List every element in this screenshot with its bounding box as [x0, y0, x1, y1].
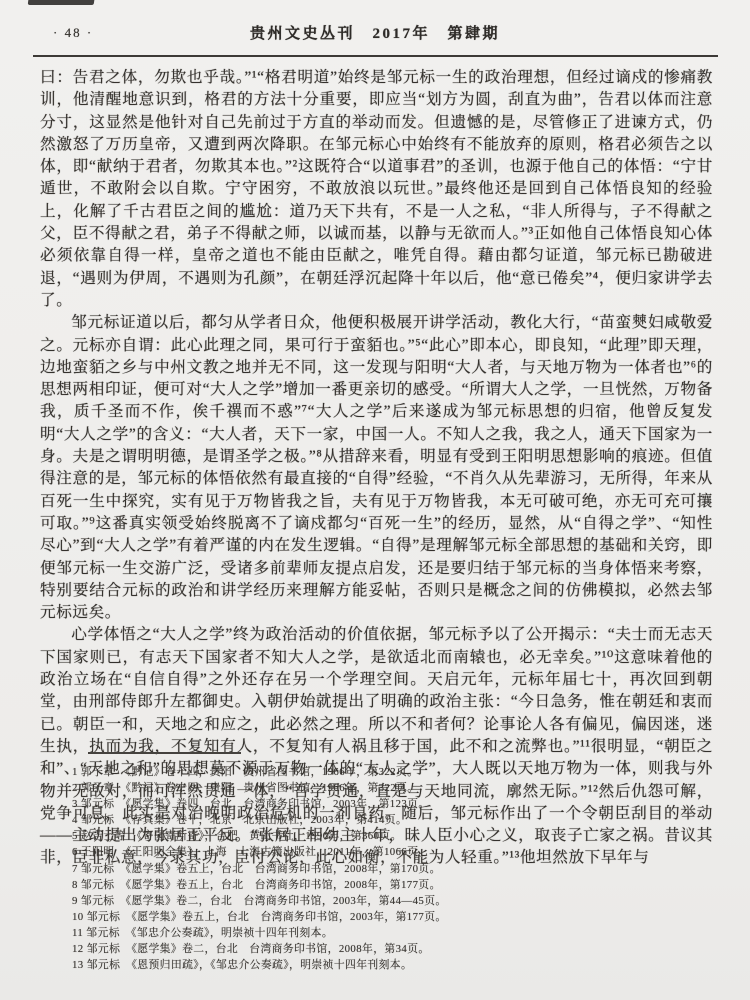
footnote-item: 6 王阳明 《王阳明全集》，上海 上海古籍出版社，2011年，第1066页。 — [72, 844, 710, 860]
footnote-list: 1 郭子章 《黔记》卷十四，贵阳 贵州省图书馆，1966年，第322页。 2 郭… — [72, 764, 710, 973]
footnote-item: 10 邹元标 《愿学集》卷五上，台北 台湾商务印书馆，2003年，第177页。 — [72, 909, 710, 925]
footnote-item: 11 邹元标 《邹忠介公奏疏》，明崇祯十四年刊刻本。 — [72, 925, 710, 941]
article-body: 曰：告君之体，勿欺也乎哉。”¹“格君明道”始终是邹元标一生的政治理想，但经过谪戍… — [40, 67, 713, 870]
footnote-item: 5 赵吉士等 《寄园寄所寄》，合肥 黄山书社，1996年，第360页。 — [72, 828, 710, 844]
journal-title: 贵州文史丛刊 2017年 第肆期 — [35, 22, 715, 43]
scanned-journal-page: · 48 · 贵州文史丛刊 2017年 第肆期 曰：告君之体，勿欺也乎哉。”¹“… — [0, 0, 750, 1000]
footnote-item: 9 邹元标 《愿学集》卷二，台北 台湾商务印书馆，2003年，第44—45页。 — [72, 893, 710, 909]
footnote-item: 7 邹元标 《愿学集》卷五上，台北 台湾商务印书馆，2008年，第170页。 — [72, 861, 710, 877]
scan-edge-artifact — [28, 0, 95, 5]
footnote-separator-rule — [88, 752, 241, 754]
page-header: · 48 · 贵州文史丛刊 2017年 第肆期 — [35, 22, 715, 46]
footnote-item: 13 邹元标 《恩预归田疏》，《邹忠介公奏疏》，明崇祯十四年刊刻本。 — [72, 957, 710, 973]
body-paragraph: 邹元标证道以后，都匀从学者日众，他便积极展开讲学活动，教化大行，“苗蛮僰妇咸敬爱… — [40, 312, 713, 624]
footnote-item: 12 邹元标 《愿学集》卷二，台北 台湾商务印书馆，2008年，第34页。 — [72, 941, 710, 957]
header-divider-rule — [33, 55, 718, 57]
footnote-item: 1 郭子章 《黔记》卷十四，贵阳 贵州省图书馆，1966年，第322页。 — [72, 764, 710, 780]
footnote-item: 8 邹元标 《愿学集》卷五上，台北 台湾商务印书馆，2008年，第177页。 — [72, 877, 710, 893]
footnote-item: 4 邹元标 《存真集》卷十，北京 北京出版社，2003年，第414页。 — [72, 812, 710, 828]
body-paragraph: 曰：告君之体，勿欺也乎哉。”¹“格君明道”始终是邹元标一生的政治理想，但经过谪戍… — [40, 67, 713, 312]
footnote-item: 3 邹元标 《愿学集》卷四，台北 台湾商务印书馆，2003年，第123页。 — [72, 796, 710, 812]
footnote-item: 2 郭子章 《黔记》卷十四，贵阳 贵州省图书馆，1966年，第322页。 — [72, 780, 710, 796]
